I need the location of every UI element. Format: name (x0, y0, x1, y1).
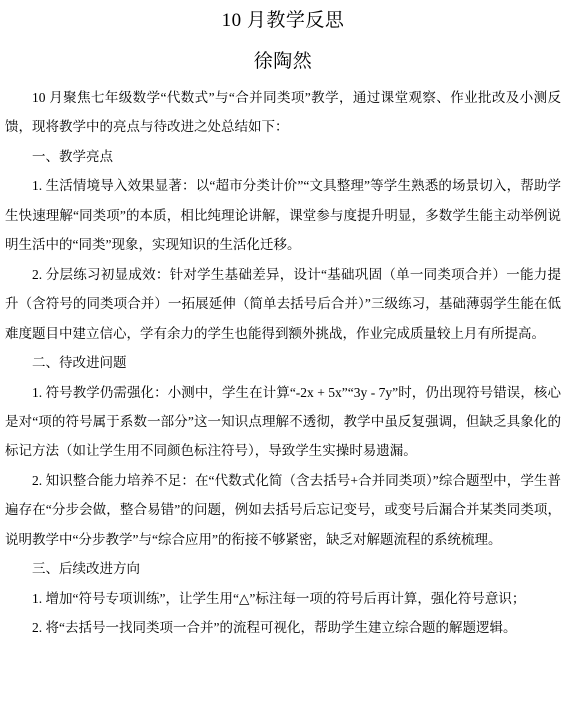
document-page: 10 月教学反思 徐陶然 10 月聚焦七年级数学“代数式”与“合并同类项”教学，… (0, 0, 566, 702)
improvement-item-1: 1. 增加“符号专项训练”，让学生用“△”标注每一项的符号后再计算，强化符号意识… (5, 584, 561, 613)
highlight-item-1: 1. 生活情境导入效果显著：以“超市分类计价”“文具整理”等学生熟悉的场景切入，… (5, 171, 561, 259)
problem-item-2: 2. 知识整合能力培养不足：在“代数式化简（含去括号+合并同类项）”综合题型中，… (5, 466, 561, 554)
problem-item-1: 1. 符号教学仍需强化：小测中，学生在计算“-2x + 5x”“3y - 7y”… (5, 378, 561, 466)
section-heading-highlights: 一、教学亮点 (5, 142, 561, 171)
section-heading-improvements: 三、后续改进方向 (5, 554, 561, 583)
document-author: 徐陶然 (5, 47, 561, 77)
document-body: 10 月聚焦七年级数学“代数式”与“合并同类项”教学，通过课堂观察、作业批改及小… (5, 83, 561, 643)
section-heading-problems: 二、待改进问题 (5, 348, 561, 377)
intro-paragraph: 10 月聚焦七年级数学“代数式”与“合并同类项”教学，通过课堂观察、作业批改及小… (5, 83, 561, 142)
highlight-item-2: 2. 分层练习初显成效：针对学生基础差异，设计“基础巩固（单一同类项合并）一能力… (5, 260, 561, 348)
document-title: 10 月教学反思 (5, 6, 561, 36)
improvement-item-2: 2. 将“去括号一找同类项一合并”的流程可视化，帮助学生建立综合题的解题逻辑。 (5, 613, 561, 642)
